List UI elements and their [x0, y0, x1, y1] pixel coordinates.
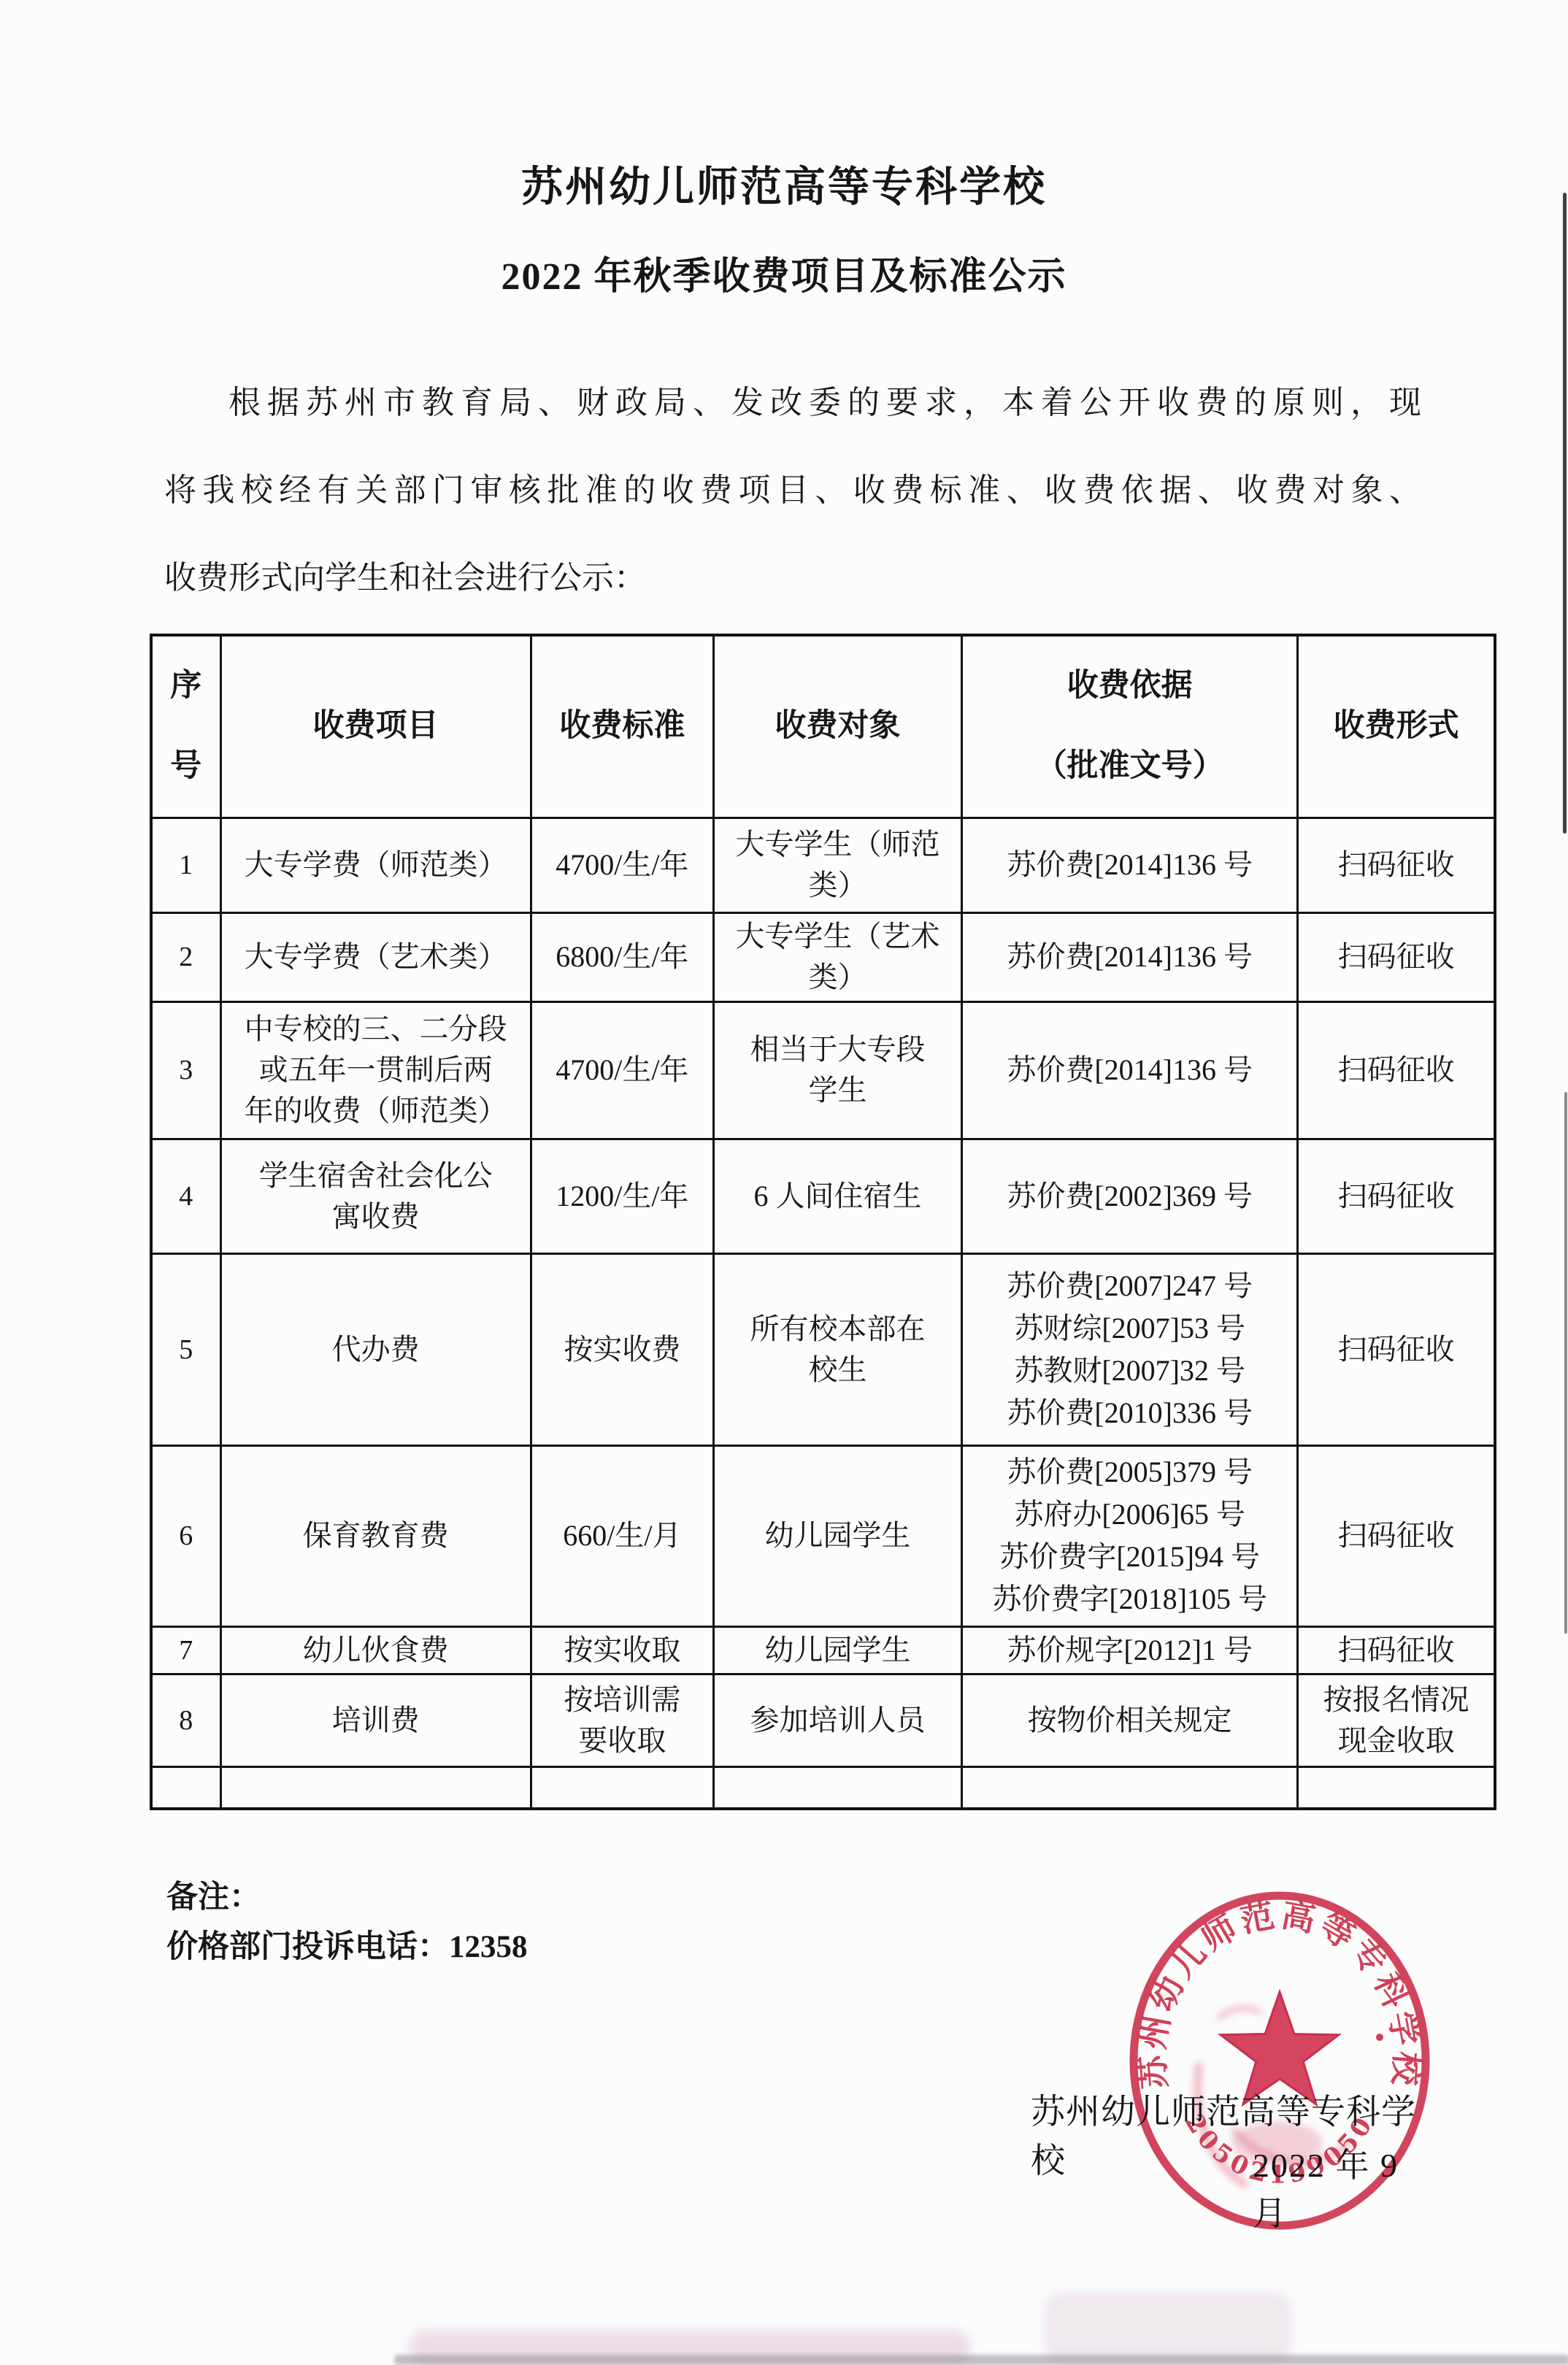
- cell-method: 扫码征收: [1298, 1253, 1495, 1445]
- cell-standard: 按实收取: [531, 1626, 713, 1674]
- cell-item: 保育教育费: [220, 1445, 531, 1626]
- notes-hotline: 价格部门投诉电话：12358: [166, 1923, 528, 1972]
- cell-method: 扫码征收: [1298, 1626, 1495, 1674]
- cell-item: 幼儿伙食费: [220, 1626, 531, 1674]
- scan-smudge: [1044, 2292, 1292, 2361]
- cell-basis: 苏价费[2005]379 号 苏府办[2006]65 号 苏价费字[2015]9…: [962, 1445, 1298, 1626]
- cell-basis: 苏价规字[2012]1 号: [962, 1626, 1298, 1674]
- seal-separator-dot: [1376, 2034, 1383, 2041]
- fee-table: 序 号 收费项目 收费标准 收费对象 收费依据 （批准文号） 收费形式 1 大专…: [150, 634, 1496, 1810]
- intro-line-3: 收费形式向学生和社会进行公示：: [164, 534, 1421, 622]
- cell-target: [713, 1766, 961, 1809]
- signature-date: 2022 年 9 月: [1253, 2139, 1442, 2235]
- cell-no: 8: [151, 1674, 220, 1766]
- cell-basis: 按物价相关规定: [962, 1674, 1298, 1766]
- cell-method: 扫码征收: [1298, 1445, 1495, 1626]
- intro-paragraph: 根据苏州市教育局、财政局、发改委的要求，本着公开收费的原则，现 将我校经有关部门…: [164, 359, 1421, 622]
- cell-method: 扫码征收: [1298, 1001, 1495, 1139]
- cell-no: [151, 1766, 220, 1809]
- page-subtitle: 2022 年秋季收费项目及标准公示: [0, 245, 1568, 300]
- cell-no: 7: [151, 1626, 220, 1674]
- cell-item: 培训费: [220, 1674, 531, 1766]
- table-row: 7 幼儿伙食费 按实收取 幼儿园学生 苏价规字[2012]1 号 扫码征收: [151, 1626, 1495, 1674]
- cell-standard: 1200/生/年: [531, 1139, 713, 1253]
- cell-item: 学生宿舍社会化公 寓收费: [220, 1139, 531, 1253]
- cell-basis: 苏价费[2014]136 号: [962, 818, 1298, 912]
- cell-target: 大专学生（师范 类）: [713, 818, 961, 912]
- cell-no: 6: [151, 1445, 220, 1626]
- scan-smudge: [394, 2355, 1568, 2365]
- cell-standard: [531, 1766, 713, 1809]
- header-basis: 收费依据 （批准文号）: [962, 635, 1298, 818]
- cell-standard: 按实收费: [531, 1253, 713, 1445]
- scan-edge-artifact: [1564, 1092, 1567, 1634]
- cell-target: 参加培训人员: [713, 1674, 961, 1766]
- cell-method: 扫码征收: [1298, 1139, 1495, 1253]
- table-row-empty: [151, 1766, 1495, 1809]
- header-method: 收费形式: [1298, 635, 1495, 818]
- table-row: 8 培训费 按培训需 要收取 参加培训人员 按物价相关规定 按报名情况 现金收取: [151, 1674, 1495, 1766]
- table-header-row: 序 号 收费项目 收费标准 收费对象 收费依据 （批准文号） 收费形式: [151, 635, 1495, 818]
- cell-item: [220, 1766, 531, 1809]
- cell-target: 所有校本部在 校生: [713, 1253, 961, 1445]
- intro-line-1: 根据苏州市教育局、财政局、发改委的要求，本着公开收费的原则，现: [164, 359, 1421, 447]
- header-no: 序 号: [151, 635, 220, 818]
- cell-standard: 6800/生/年: [531, 912, 713, 1001]
- notes-label: 备注：: [166, 1873, 528, 1923]
- table-row: 4 学生宿舍社会化公 寓收费 1200/生/年 6 人间住宿生 苏价费[2002…: [151, 1139, 1495, 1253]
- cell-method: [1298, 1766, 1495, 1809]
- cell-method: 按报名情况 现金收取: [1298, 1674, 1495, 1766]
- cell-item: 中专校的三、二分段 或五年一贯制后两 年的收费（师范类）: [220, 1001, 531, 1139]
- intro-line-2: 将我校经有关部门审核批准的收费项目、收费标准、收费依据、收费对象、: [164, 447, 1421, 534]
- cell-basis: 苏价费[2002]369 号: [962, 1139, 1298, 1253]
- cell-method: 扫码征收: [1298, 912, 1495, 1001]
- cell-target: 6 人间住宿生: [713, 1139, 961, 1253]
- cell-basis: 苏价费[2007]247 号 苏财综[2007]53 号 苏教财[2007]32…: [962, 1253, 1298, 1445]
- notes-block: 备注： 价格部门投诉电话：12358: [166, 1873, 528, 1972]
- table-row: 6 保育教育费 660/生/月 幼儿园学生 苏价费[2005]379 号 苏府办…: [151, 1445, 1495, 1626]
- table-row: 1 大专学费（师范类） 4700/生/年 大专学生（师范 类） 苏价费[2014…: [151, 818, 1495, 912]
- cell-no: 4: [151, 1139, 220, 1253]
- page-title: 苏州幼儿师范高等专科学校: [0, 153, 1568, 213]
- cell-standard: 4700/生/年: [531, 1001, 713, 1139]
- cell-no: 3: [151, 1001, 220, 1139]
- table-row: 3 中专校的三、二分段 或五年一贯制后两 年的收费（师范类） 4700/生/年 …: [151, 1001, 1495, 1139]
- cell-standard: 4700/生/年: [531, 818, 713, 912]
- cell-basis: [962, 1766, 1298, 1809]
- scan-edge-artifact: [1563, 193, 1567, 834]
- cell-target: 大专学生（艺术 类）: [713, 912, 961, 1001]
- cell-basis: 苏价费[2014]136 号: [962, 1001, 1298, 1139]
- cell-no: 5: [151, 1253, 220, 1445]
- header-item: 收费项目: [220, 635, 531, 818]
- cell-target: 相当于大专段 学生: [713, 1001, 961, 1139]
- cell-method: 扫码征收: [1298, 818, 1495, 912]
- cell-standard: 按培训需 要收取: [531, 1674, 713, 1766]
- cell-item: 大专学费（师范类）: [220, 818, 531, 912]
- cell-item: 大专学费（艺术类）: [220, 912, 531, 1001]
- document-page: 苏州幼儿师范高等专科学校 2022 年秋季收费项目及标准公示 根据苏州市教育局、…: [0, 0, 1568, 2365]
- cell-standard: 660/生/月: [531, 1445, 713, 1626]
- cell-item: 代办费: [220, 1253, 531, 1445]
- cell-target: 幼儿园学生: [713, 1626, 961, 1674]
- cell-basis: 苏价费[2014]136 号: [962, 912, 1298, 1001]
- header-target: 收费对象: [713, 635, 961, 818]
- table-row: 2 大专学费（艺术类） 6800/生/年 大专学生（艺术 类） 苏价费[2014…: [151, 912, 1495, 1001]
- cell-no: 2: [151, 912, 220, 1001]
- table-row: 5 代办费 按实收费 所有校本部在 校生 苏价费[2007]247 号 苏财综[…: [151, 1253, 1495, 1445]
- cell-target: 幼儿园学生: [713, 1445, 961, 1626]
- cell-no: 1: [151, 818, 220, 912]
- header-standard: 收费标准: [531, 635, 713, 818]
